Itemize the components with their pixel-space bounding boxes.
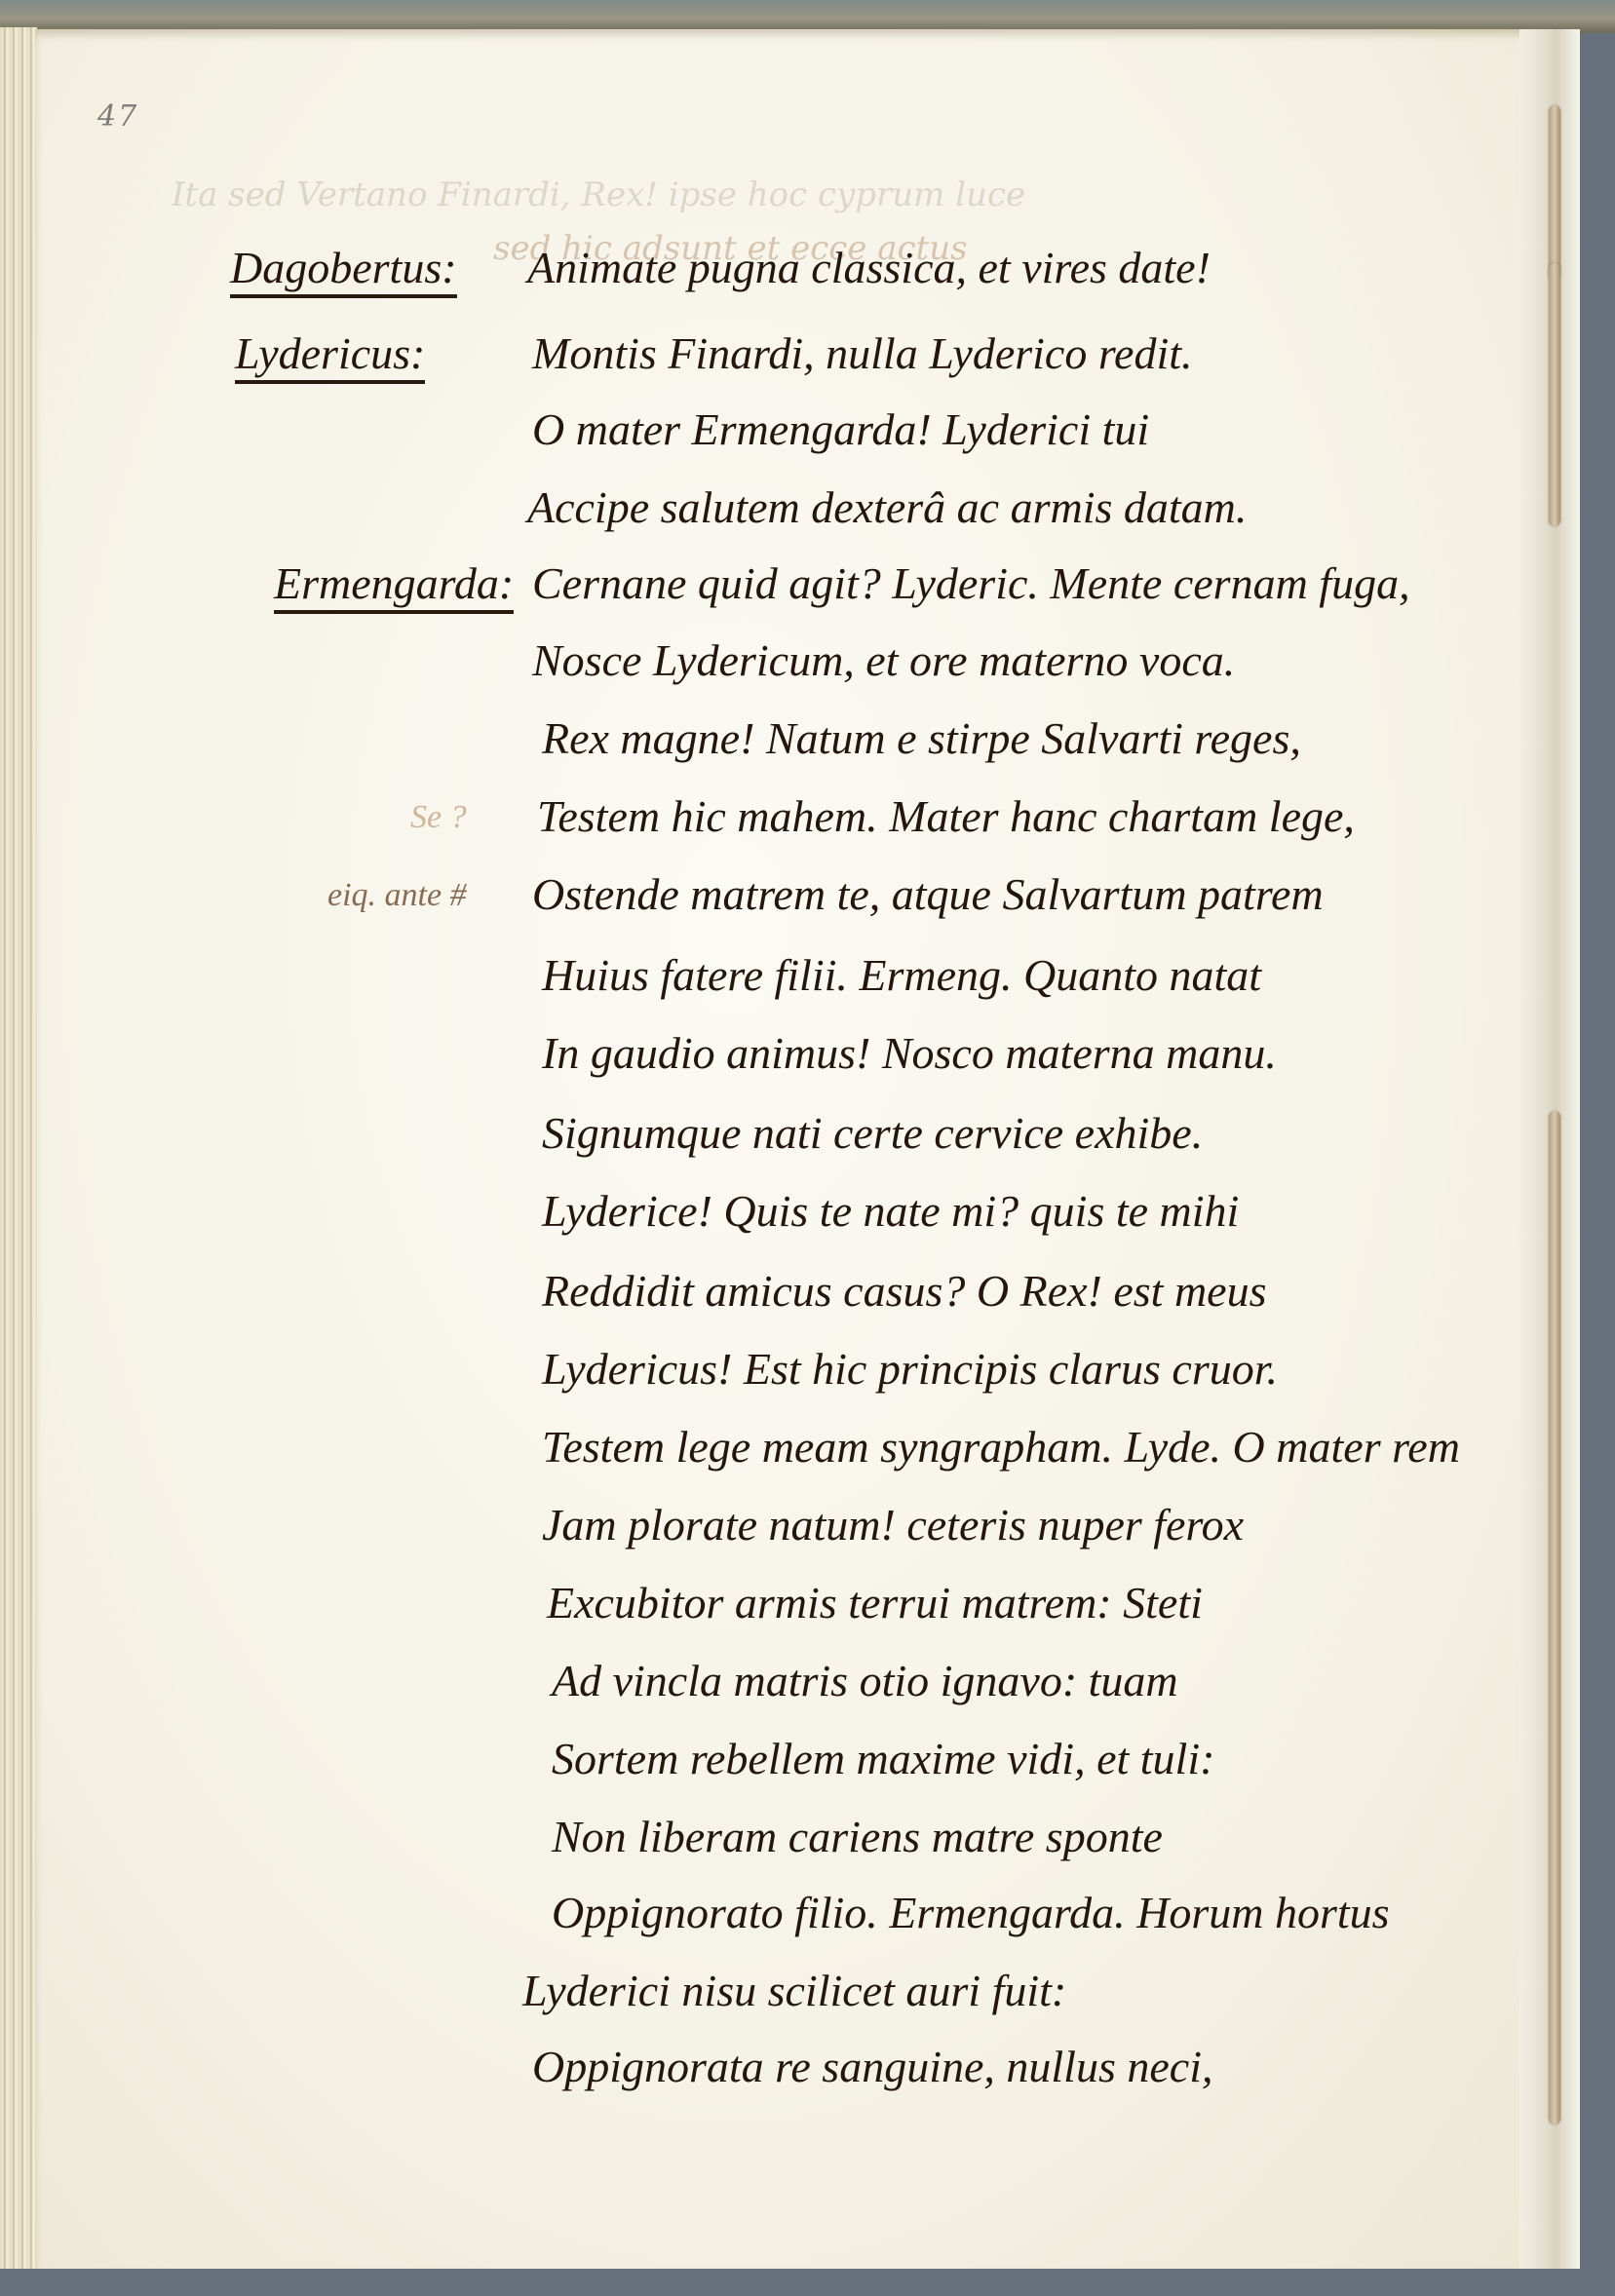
verse-line: Oppignorata re sanguine, nullus neci, <box>532 2045 1212 2089</box>
verse-line: Testem lege meam syngrapham. Lyde. O mat… <box>542 1425 1460 1470</box>
speaker-label: Ermengarda: <box>274 561 514 614</box>
manuscript-page: 47 Ita sed Vertano Finardi, Rex! ipse ho… <box>35 29 1580 2269</box>
verse-line: Lyderici nisu scilicet auri fuit: <box>522 1969 1066 2013</box>
margin-annotation: eiq. ante # <box>327 877 467 914</box>
binding-thread <box>1549 1111 1560 2124</box>
bleed-through-text: Ita sed Vertano Finardi, Rex! ipse hoc c… <box>172 175 1025 214</box>
verse-line: Nosce Lydericum, et ore materno voca. <box>532 638 1235 683</box>
verse-line: Animate pugna classica, et vires date! <box>527 246 1211 290</box>
verse-line: Huius fatere filii. Ermeng. Quanto natat <box>542 953 1261 998</box>
binding-gutter <box>1519 29 1580 2269</box>
binding-thread <box>1549 263 1560 526</box>
speaker-label: Dagobertus: <box>230 246 457 298</box>
folio-number: 47 <box>97 99 138 134</box>
binding-thread <box>1549 105 1560 281</box>
verse-line: Jam plorate natum! ceteris nuper ferox <box>542 1503 1244 1548</box>
verse-line: Lyderice! Quis te nate mi? quis te mihi <box>542 1189 1239 1234</box>
verse-line: Cernane quid agit? Lyderic. Mente cernam… <box>532 561 1410 606</box>
verse-line: Testem hic mahem. Mater hanc chartam leg… <box>537 794 1355 839</box>
verse-line: Ostende matrem te, atque Salvartum patre… <box>532 872 1324 917</box>
verse-line: Signumque nati certe cervice exhibe. <box>542 1111 1203 1156</box>
verse-line: Oppignorato filio. Ermengarda. Horum hor… <box>552 1891 1390 1935</box>
verse-line: Lydericus! Est hic principis clarus cruo… <box>542 1347 1278 1392</box>
verse-line: Sortem rebellem maxime vidi, et tuli: <box>552 1737 1214 1781</box>
margin-annotation: Se ? <box>410 799 467 836</box>
verse-line: Accipe salutem dexterâ ac armis datam. <box>527 485 1247 530</box>
speaker-label: Lydericus: <box>235 331 425 384</box>
page-stack-edge <box>0 27 37 2269</box>
verse-line: Excubitor armis terrui matrem: Steti <box>547 1581 1203 1626</box>
verse-line: Montis Finardi, nulla Lyderico redit. <box>532 331 1193 376</box>
verse-line: Non liberam cariens matre sponte <box>552 1815 1163 1859</box>
verse-line: Rex magne! Natum e stirpe Salvarti reges… <box>542 716 1301 761</box>
verse-line: Ad vincla matris otio ignavo: tuam <box>552 1659 1178 1703</box>
verse-line: O mater Ermengarda! Lyderici tui <box>532 407 1149 452</box>
verse-line: In gaudio animus! Nosco materna manu. <box>542 1031 1277 1076</box>
book-top-edge <box>0 0 1615 33</box>
verse-line: Reddidit amicus casus? O Rex! est meus <box>542 1269 1267 1314</box>
